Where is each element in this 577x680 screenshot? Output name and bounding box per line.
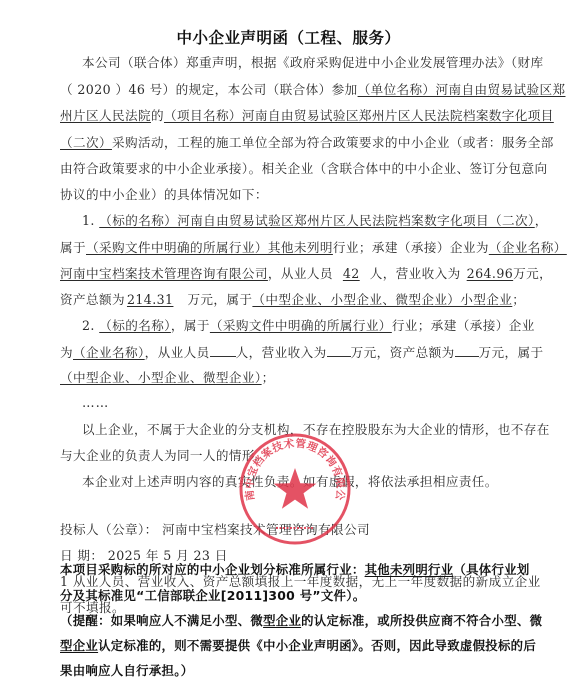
text: 的: [151, 108, 164, 123]
para2-line1: 以上企业，不属于大企业的分支机构，不存在控股股东为大企业的情形，也不存在: [60, 421, 538, 439]
text: 由符合政策要求的中小企业承接）。相关企业（含联合体中的中小企业、签订分包意向: [60, 161, 547, 176]
text: 行业；承建（承接）企业为: [333, 240, 489, 255]
text: ；: [512, 292, 525, 307]
assets-blank: [455, 343, 479, 357]
text: 万元，资产总额为: [351, 345, 455, 360]
text: 为: [60, 345, 73, 360]
size-field: （中型企业、小型企业、微型企业）: [60, 370, 262, 385]
item1-line1: 1. （标的名称）河南自由贸易试验区郑州片区人民法院档案数字化项目（二次），: [60, 212, 538, 230]
text: 本公司（联合体）郑重声明，根据《政府采购促进中小企业发展管理办法》（财库: [82, 55, 543, 70]
subject-name-field: （标的名称）: [99, 318, 171, 333]
text: 资产总额为: [60, 292, 125, 307]
project-name-field: （项目名称）河南自由贸易试验区郑州片区人民法院档案数字化项目: [164, 108, 554, 123]
notice-line2: 分及其标准见“工信部联企业[2011]300 号”文件）。: [60, 587, 516, 605]
text: （具体行业划: [453, 562, 529, 577]
text: ，从业人员: [145, 345, 210, 360]
item-number: 2.: [82, 318, 95, 333]
text: 认定标准的，则不需要提供《中小企业声明函》。否则，因此导致虚假投标的后: [98, 638, 536, 653]
text: ；: [262, 370, 275, 385]
para1-line2: （ 2020 ）46 号）的规定，本公司（联合体）参加（单位名称）河南自由贸易试…: [60, 81, 516, 99]
text: 分及其标准见“工信部联企业[2011]300 号”文件）。: [60, 588, 365, 603]
item2-line3: （中型企业、小型企业、微型企业）；: [60, 369, 516, 387]
item1-line3: 河南中宝档案技术管理咨询有限公司，从业人员42人，营业收入为264.96万元，: [60, 265, 516, 283]
declaration-page: 中小企业声明函（工程、服务） 本公司（联合体）郑重声明，根据《政府采购促进中小企…: [0, 0, 577, 680]
notice-line4: 型企业认定标准的，则不需要提供《中小企业声明函》。否则，因此导致虚假投标的后: [60, 637, 516, 655]
text: （提醒：如果响应人不满足小型、微: [60, 613, 263, 628]
text-underlined: 型企业: [60, 638, 98, 653]
para1-line5: 由符合政策要求的中小企业承接）。相关企业（含联合体中的中小企业、签订分包意向: [60, 160, 516, 178]
text: 本企业对上述声明内容的真实性负责。如有虚假，将依法承担相应责任。: [82, 474, 498, 489]
text: 与大企业的负责人为同一人的情形。: [60, 448, 268, 463]
text: ，属于: [171, 318, 210, 333]
para1-line3: 州片区人民法院的（项目名称）河南自由贸易试验区郑州片区人民法院档案数字化项目: [60, 107, 516, 125]
text: 以上企业，不属于大企业的分支机构，不存在控股股东为大企业的情形，也不存在: [82, 422, 550, 437]
notice-line3: （提醒：如果响应人不满足小型、微型企业的认定标准，或所投供应商不符合小型、微: [60, 612, 516, 630]
employees-blank: [210, 343, 236, 357]
text-underlined: 型企业: [263, 613, 301, 628]
text: 人，营业收入为: [236, 345, 327, 360]
unit-name-field-cont: 州片区人民法院: [60, 108, 151, 123]
text: ……: [82, 395, 109, 410]
item2-line1: 2. （标的名称），属于（采购文件中明确的所属行业）行业；承建（承接）企业: [60, 317, 538, 335]
text: 属于: [60, 240, 86, 255]
para1-line1: 本公司（联合体）郑重声明，根据《政府采购促进中小企业发展管理办法》（财库: [60, 54, 538, 72]
svg-text:河南中宝档案技术管理咨询有限公司: 河南中宝档案技术管理咨询有限公司: [238, 432, 347, 501]
para1-line4: （二次）采购活动，工程的施工单位全部为符合政策要求的中小企业（或者：服务全部: [60, 134, 516, 152]
bidder-label: 投标人（公章）：: [60, 522, 158, 537]
text: 万元，属于: [479, 345, 544, 360]
text: ，从业人员: [268, 266, 333, 281]
text: 采购活动，工程的施工单位全部为符合政策要求的中小企业（或者：服务全部: [112, 135, 554, 150]
employees-field: 42: [333, 266, 370, 281]
enterprise-label: （企业名称）: [73, 345, 145, 360]
bidder-name: 河南中宝档案技术管理咨询有限公司: [162, 522, 370, 537]
item-number: 1.: [82, 213, 95, 228]
project-name-field-cont: （二次）: [60, 135, 112, 150]
item1-line2: 属于（采购文件中明确的所属行业）其他未列明行业；承建（承接）企业为（企业名称）: [60, 239, 516, 257]
text: （ 2020 ）46 号）的规定，本公司（联合体）参加: [60, 82, 358, 97]
text: 万元，: [513, 266, 552, 281]
unit-name-field: （单位名称）河南自由贸易试验区郑: [358, 82, 566, 97]
text: 人，营业收入为: [370, 266, 461, 281]
para3-line: 本企业对上述声明内容的真实性负责。如有虚假，将依法承担相应责任。: [60, 473, 538, 491]
revenue-field: 264.96: [461, 266, 513, 281]
text: 行业；承建（承接）企业: [392, 318, 535, 333]
item2-line2: 为（企业名称），从业人员人，营业收入为万元，资产总额为万元，属于: [60, 343, 516, 362]
para2-line2: 与大企业的负责人为同一人的情形。: [60, 447, 516, 465]
enterprise-label: （企业名称）: [489, 240, 567, 255]
text: ，: [535, 213, 548, 228]
bidder-line: 投标人（公章）： 河南中宝档案技术管理咨询有限公司: [60, 521, 516, 539]
text: 的认定标准，或所投供应商不符合小型、微: [301, 613, 542, 628]
notice-line1: 本项目采购标的所对应的中小企业划分标准所属行业：其他未列明行业（具体行业划: [60, 561, 516, 579]
size-field: （中型企业、小型企业、微型企业）小型企业: [252, 292, 512, 307]
ellipsis: ……: [60, 394, 538, 412]
notice-line5: 果由响应人自行承担。）: [60, 662, 516, 680]
text: 本项目采购标的所对应的中小企业划分标准所属行业：: [60, 562, 365, 577]
text: 果由响应人自行承担。）: [60, 663, 193, 678]
text: 万元，属于: [187, 292, 252, 307]
item1-line4: 资产总额为214.31万元，属于（中型企业、小型企业、微型企业）小型企业；: [60, 291, 516, 309]
text: 协议的中小企业）的具体情况如下：: [60, 187, 268, 202]
para1-line6: 协议的中小企业）的具体情况如下：: [60, 186, 516, 204]
industry-field: （采购文件中明确的所属行业）其他未列明: [86, 240, 333, 255]
enterprise-name-field: 河南中宝档案技术管理咨询有限公司: [60, 266, 268, 281]
assets-field: 214.31: [125, 292, 187, 307]
subject-name-field: （标的名称）河南自由贸易试验区郑州片区人民法院档案数字化项目（二次）: [99, 213, 535, 228]
industry-field: （采购文件中明确的所属行业）: [210, 318, 392, 333]
revenue-blank: [327, 343, 351, 357]
page-title: 中小企业声明函（工程、服务）: [0, 26, 577, 48]
industry-value: 其他未列明行业: [365, 562, 454, 577]
